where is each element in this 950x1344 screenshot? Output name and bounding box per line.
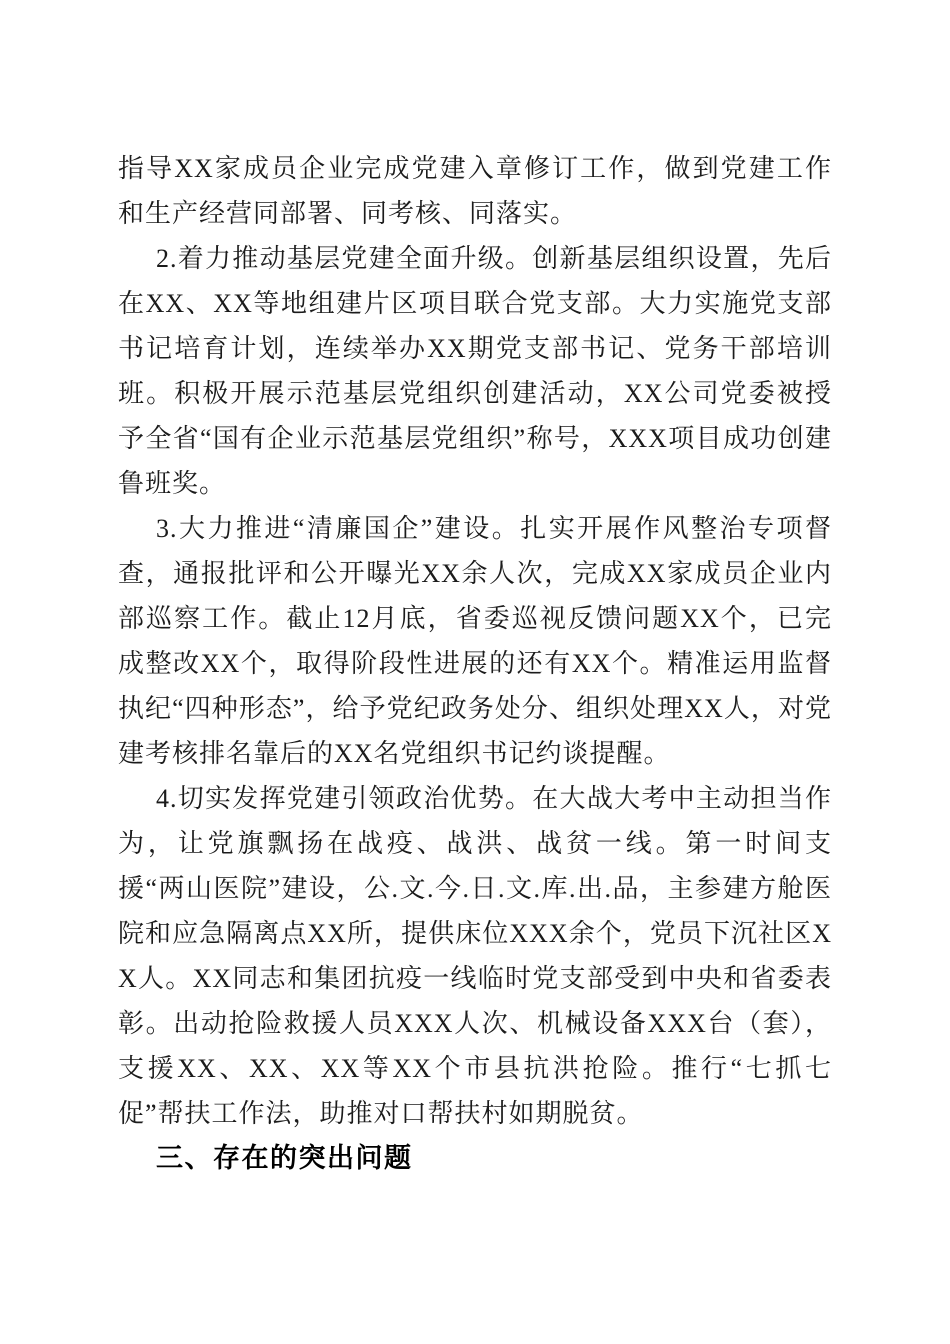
body-paragraph-continuation: 指导XX家成员企业完成党建入章修订工作，做到党建工作和生产经营同部署、同考核、同… bbox=[118, 146, 832, 236]
section-heading: 三、存在的突出问题 bbox=[118, 1136, 832, 1181]
body-paragraph-item-3: 3.大力推进“清廉国企”建设。扎实开展作风整治专项督查，通报批评和公开曝光XX余… bbox=[118, 506, 832, 776]
body-paragraph-item-2: 2.着力推动基层党建全面升级。创新基层组织设置，先后在XX、XX等地组建片区项目… bbox=[118, 236, 832, 506]
document-page: 指导XX家成员企业完成党建入章修订工作，做到党建工作和生产经营同部署、同考核、同… bbox=[0, 0, 950, 1344]
body-paragraph-item-4: 4.切实发挥党建引领政治优势。在大战大考中主动担当作为，让党旗飘扬在战疫、战洪、… bbox=[118, 776, 832, 1136]
